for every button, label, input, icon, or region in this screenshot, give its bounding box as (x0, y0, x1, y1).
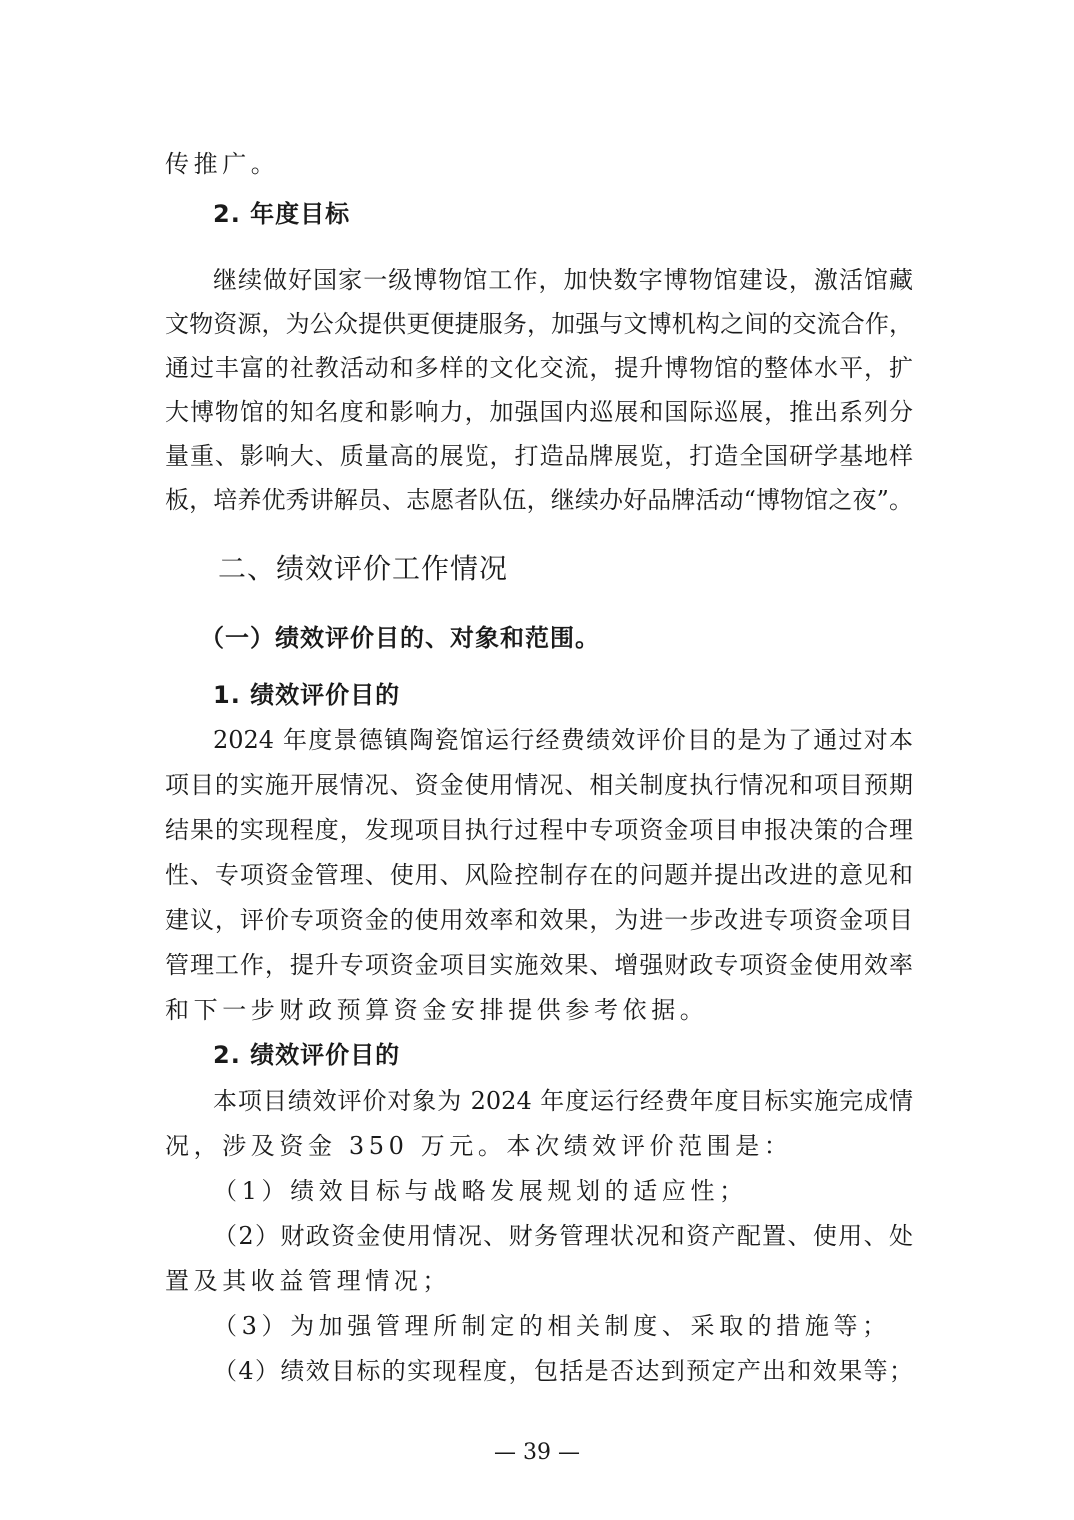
scope-item-2-cont: 置及其收益管理情况； (165, 1263, 913, 1299)
purpose-heading: 1. 绩效评价目的 (213, 677, 400, 713)
object-heading: 2. 绩效评价目的 (213, 1037, 400, 1073)
annual-goal-line-4: 大博物馆的知名度和影响力，加强国内巡展和国际巡展，推出系列分 (165, 394, 913, 430)
scope-item-2: （2）财政资金使用情况、财务管理状况和资产配置、使用、处 (213, 1218, 913, 1254)
purpose-line-3: 结果的实现程度，发现项目执行过程中专项资金项目申报决策的合理 (165, 812, 913, 848)
object-line-1: 本项目绩效评价对象为 2024 年度运行经费年度目标实施完成情 (213, 1083, 913, 1119)
annual-goal-line-3: 通过丰富的社教活动和多样的文化交流，提升博物馆的整体水平，扩 (165, 350, 913, 386)
sub-heading: （一）绩效评价目的、对象和范围。 (200, 620, 600, 656)
purpose-line-6: 管理工作，提升专项资金项目实施效果、增强财政专项资金使用效率 (165, 947, 913, 983)
scope-item-4: （4）绩效目标的实现程度，包括是否达到预定产出和效果等； (213, 1353, 913, 1389)
scope-item-3: （3）为加强管理所制定的相关制度、采取的措施等； (213, 1308, 891, 1344)
purpose-line-1: 2024 年度景德镇陶瓷馆运行经费绩效评价目的是为了通过对本 (213, 722, 913, 758)
annual-goal-line-6: 板，培养优秀讲解员、志愿者队伍，继续办好品牌活动“博物馆之夜”。 (165, 482, 913, 518)
object-line-2: 况，涉及资金 350 万元。本次绩效评价范围是： (165, 1128, 913, 1164)
chapter-heading: 二、绩效评价工作情况 (218, 551, 508, 587)
continuation-text: 传推广。 (165, 146, 913, 182)
purpose-line-5: 建议，评价专项资金的使用效率和效果，为进一步改进专项资金项目 (165, 902, 913, 938)
purpose-line-4: 性、专项资金管理、使用、风险控制存在的问题并提出改进的意见和 (165, 857, 913, 893)
annual-goal-line-1: 继续做好国家一级博物馆工作，加快数字博物馆建设，激活馆藏 (213, 262, 913, 298)
page-number: — 39 — (0, 1440, 1074, 1465)
purpose-line-2: 项目的实施开展情况、资金使用情况、相关制度执行情况和项目预期 (165, 767, 913, 803)
annual-goal-heading: 2. 年度目标 (213, 196, 350, 232)
purpose-line-7: 和下一步财政预算资金安排提供参考依据。 (165, 992, 913, 1028)
annual-goal-line-2: 文物资源，为公众提供更便捷服务，加强与文博机构之间的交流合作， (165, 306, 913, 342)
annual-goal-line-5: 量重、影响大、质量高的展览，打造品牌展览，打造全国研学基地样 (165, 438, 913, 474)
scope-item-1: （1）绩效目标与战略发展规划的适应性； (213, 1173, 748, 1209)
